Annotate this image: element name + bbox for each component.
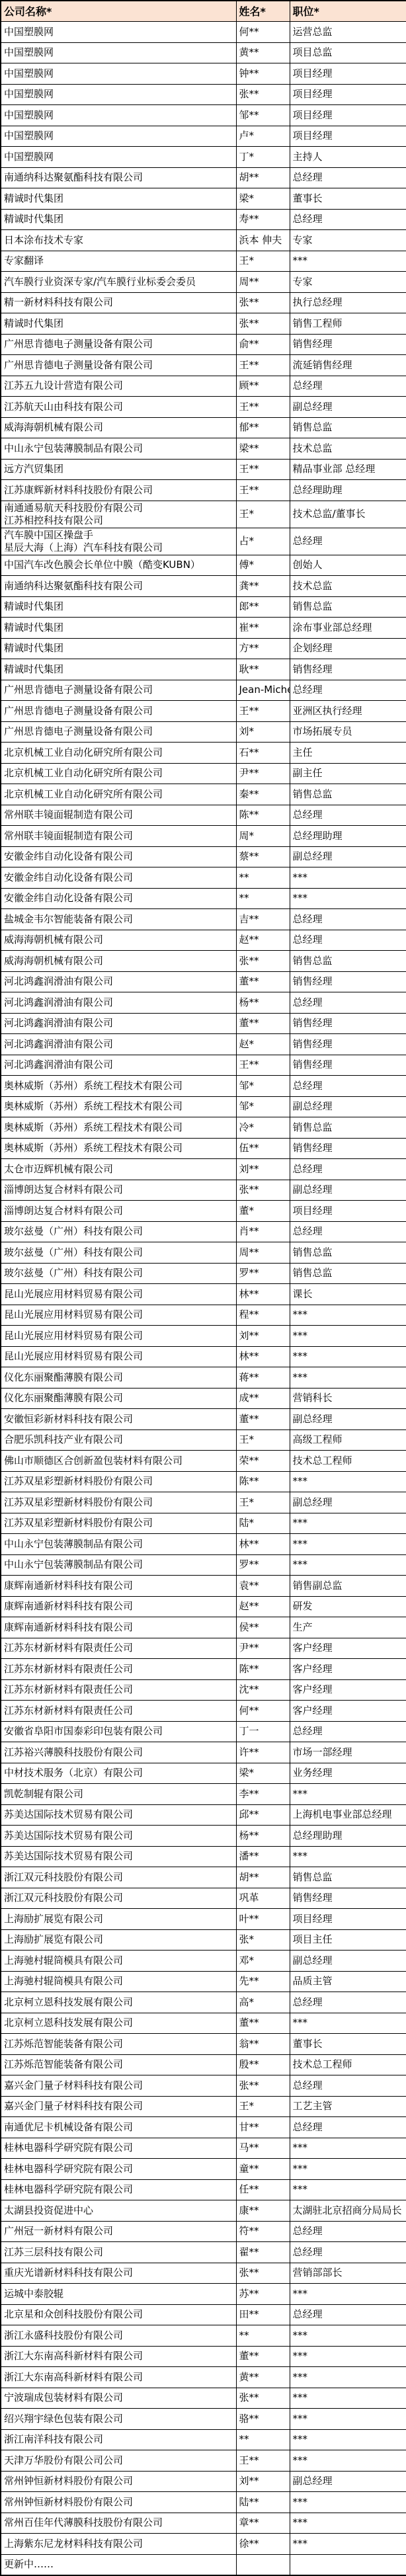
table-row: 太仓市迈辉机械有限公司刘**总经理: [1, 1159, 406, 1180]
name-cell: 梁*: [236, 188, 290, 210]
table-row: 上海紫东尼龙材料科技有限公司徐*****: [1, 2534, 406, 2555]
table-row: 北京机械工业自动化研究所有限公司秦**销售总监: [1, 784, 406, 805]
name-cell: 王*: [236, 1492, 290, 1513]
table-row: 广州思肯德电子测量设备有限公司王**亚洲区执行经理: [1, 701, 406, 722]
title-cell: 销售总监: [290, 951, 406, 972]
name-cell: 赵*: [236, 1034, 290, 1055]
title-cell: 业务经理: [290, 1763, 406, 1784]
title-cell: 总经理: [290, 680, 406, 701]
table-row: 中国塑膜网丁*主持人: [1, 147, 406, 168]
table-row: 仪化东丽聚酯薄膜有限公司成**营销科长: [1, 1388, 406, 1409]
table-row: 佛山市顺德区合创新盈包装材料有限公司荣**技术总工程师: [1, 1451, 406, 1472]
company-cell: 精诚时代集团: [1, 638, 236, 659]
name-cell: 甘**: [236, 2117, 290, 2138]
title-cell: 主持人: [290, 147, 406, 168]
company-cell: 精诚时代集团: [1, 313, 236, 335]
table-row: 浙江南洋科技有限公司*****: [1, 2429, 406, 2450]
title-cell: 销售经理: [290, 1013, 406, 1034]
title-cell: ***: [290, 2409, 406, 2430]
table-row: 上海励扩展览有限公司叶**项目经理: [1, 1909, 406, 1930]
table-row: 淄博朗达复合材料有限公司张**副总经理: [1, 1180, 406, 1201]
title-cell: 项目主任: [290, 1929, 406, 1951]
title-cell: 课长: [290, 1284, 406, 1305]
table-row: 中国塑膜网张**项目经理: [1, 84, 406, 105]
name-cell: 邹**: [236, 105, 290, 126]
name-cell: 郁**: [236, 417, 290, 438]
name-cell: 陈**: [236, 1659, 290, 1680]
name-cell: 潘**: [236, 1846, 290, 1867]
name-cell: 张*: [236, 1929, 290, 1951]
title-cell: ***: [290, 2388, 406, 2409]
company-cell: 盐城金韦尔智能装备有限公司: [1, 909, 236, 930]
company-cell: 奥林威斯（苏州）系统工程技术有限公司: [1, 1138, 236, 1159]
table-row: 中山永宁包装薄膜制品有限公司梁**技术总监: [1, 438, 406, 460]
title-cell: 技术总监/董事长: [290, 501, 406, 528]
title-cell: ***: [290, 1513, 406, 1534]
title-cell: ***: [290, 1346, 406, 1367]
name-cell: 王*: [236, 1429, 290, 1451]
name-cell: 胡**: [236, 1867, 290, 1888]
name-cell: 浜本 伸夫: [236, 230, 290, 251]
name-cell: 龚**: [236, 576, 290, 597]
company-cell: 江苏双星彩塑新材料股份有限公司: [1, 1471, 236, 1492]
name-cell: 刘**: [236, 2471, 290, 2492]
name-cell: 赵**: [236, 930, 290, 951]
table-row: 盐城金韦尔智能装备有限公司吉**总经理: [1, 909, 406, 930]
name-cell: 胡**: [236, 167, 290, 188]
name-cell: [236, 2554, 290, 2575]
company-cell: 上海紫东尼龙材料科技有限公司: [1, 2534, 236, 2555]
name-cell: 顾**: [236, 376, 290, 397]
table-row: 精诚时代集团方**企划经理: [1, 638, 406, 659]
title-cell: 副总经理: [290, 1180, 406, 1201]
company-cell: 广州思肯德电子测量设备有限公司: [1, 721, 236, 743]
company-cell: 河北鸿鑫润滑油有限公司: [1, 1055, 236, 1076]
company-cell: 常州钟恒新材料股份有限公司: [1, 2471, 236, 2492]
name-cell: 伍**: [236, 1138, 290, 1159]
company-cell: 中国塑膜网: [1, 42, 236, 63]
name-cell: 周*: [236, 826, 290, 847]
title-cell: ***: [290, 1784, 406, 1805]
company-cell: 南通纳科达聚氨酯科技有限公司: [1, 167, 236, 188]
name-cell: 成**: [236, 1388, 290, 1409]
company-cell: 江苏烁范智能装备有限公司: [1, 2034, 236, 2055]
company-cell: 重庆光谱新材料科技有限公司: [1, 2263, 236, 2284]
name-cell: **: [236, 2325, 290, 2347]
table-row: 奥林威斯（苏州）系统工程技术有限公司邹*总经理: [1, 1076, 406, 1097]
company-cell: 上海励扩展览有限公司: [1, 1909, 236, 1930]
company-cell: 广州思肯德电子测量设备有限公司: [1, 680, 236, 701]
name-cell: 马**: [236, 2138, 290, 2159]
header-row: 公司名称* 姓名* 职位*: [1, 1, 406, 22]
name-cell: 秦**: [236, 784, 290, 805]
table-row: 江苏东材新材料有限责任公司尹**客户经理: [1, 1638, 406, 1659]
table-row: 运城中泰胶辊苏*****: [1, 2284, 406, 2305]
company-cell: 江苏裕兴薄膜科技股份有限公司: [1, 1742, 236, 1763]
title-cell: 总经理: [290, 2242, 406, 2263]
table-row: 南通通易航天科技股份有限公司 江苏相控科技有限公司王*技术总监/董事长: [1, 501, 406, 528]
title-cell: 总经理助理: [290, 826, 406, 847]
title-cell: 销售经理: [290, 659, 406, 680]
table-row: 中国塑膜网钟**项目经理: [1, 63, 406, 85]
company-cell: 绍兴翔宇绿色包装有限公司: [1, 2409, 236, 2430]
title-cell: 精品事业部 总经理: [290, 459, 406, 480]
name-cell: 徐**: [236, 2534, 290, 2555]
company-cell: 常州钟恒新材料股份有限公司: [1, 2492, 236, 2513]
name-cell: 董**: [236, 2346, 290, 2367]
table-row: 太湖县投资促进中心康**太湖驻北京招商分局局长: [1, 2200, 406, 2222]
company-cell: 运城中泰胶辊: [1, 2284, 236, 2305]
table-row: 远方汽贸集团王**精品事业部 总经理: [1, 459, 406, 480]
company-cell: 日本涂布技术专家: [1, 230, 236, 251]
title-cell: ***: [290, 2492, 406, 2513]
name-cell: 童**: [236, 2159, 290, 2180]
title-cell: 专家: [290, 272, 406, 293]
company-cell: 汽车膜中国区操盘手 星辰大海（上海）汽车科技有限公司: [1, 528, 236, 555]
title-cell: 客户经理: [290, 1638, 406, 1659]
name-cell: 崔**: [236, 618, 290, 639]
table-row: 北京机械工业自动化研究所有限公司石**主任: [1, 743, 406, 764]
company-cell: 江苏三层科技有限公司: [1, 2242, 236, 2263]
title-cell: 销售总监: [290, 1117, 406, 1139]
title-cell: 总经理: [290, 528, 406, 555]
title-cell: 研发: [290, 1596, 406, 1617]
name-cell: 傅*: [236, 555, 290, 576]
name-cell: 王**: [236, 480, 290, 501]
table-row: 江苏东材新材料有限责任公司陈**客户经理: [1, 1659, 406, 1680]
title-cell: ***: [290, 1846, 406, 1867]
title-cell: ***: [290, 2325, 406, 2347]
title-cell: ***: [290, 2429, 406, 2450]
title-cell: 营销科长: [290, 1388, 406, 1409]
table-row: 精诚时代集团张**销售工程师: [1, 313, 406, 335]
table-row: 江苏东材新材料有限责任公司沈**客户经理: [1, 1679, 406, 1701]
company-cell: 常州百佳年代薄膜科技股份有限公司: [1, 2513, 236, 2534]
name-cell: 张**: [236, 2388, 290, 2409]
title-cell: ***: [290, 1534, 406, 1555]
title-cell: 技术总工程师: [290, 1451, 406, 1472]
name-cell: 张**: [236, 1180, 290, 1201]
company-cell: 精诚时代集团: [1, 618, 236, 639]
title-cell: 销售经理: [290, 1888, 406, 1909]
name-cell: 蔡**: [236, 846, 290, 867]
title-cell: 项目经理: [290, 126, 406, 147]
company-cell: 北京机械工业自动化研究所有限公司: [1, 784, 236, 805]
title-cell: 品质主管: [290, 1971, 406, 1992]
company-cell: 江苏五九设计营造有限公司: [1, 376, 236, 397]
company-cell: 南通纳科达聚氨酯科技有限公司: [1, 576, 236, 597]
company-cell: 广州冠一新材料有限公司: [1, 2221, 236, 2242]
company-cell: 仪化东丽聚酯薄膜有限公司: [1, 1367, 236, 1389]
table-row: 河北鸿鑫润滑油有限公司董**销售经理: [1, 971, 406, 992]
company-cell: 精诚时代集团: [1, 209, 236, 230]
title-cell: 销售经理: [290, 1034, 406, 1055]
title-cell: 销售总监: [290, 1263, 406, 1284]
company-cell: 奥林威斯（苏州）系统工程技术有限公司: [1, 1076, 236, 1097]
name-cell: 董*: [236, 1201, 290, 1222]
table-row: 中国塑膜网黄**项目总监: [1, 42, 406, 63]
name-cell: 耿**: [236, 659, 290, 680]
table-row: 桂林电器科学研究院有限公司马*****: [1, 2138, 406, 2159]
company-cell: 玻尔兹曼（广州）科技有限公司: [1, 1263, 236, 1284]
name-cell: 吉**: [236, 909, 290, 930]
company-cell: 苏美达国际技术贸易有限公司: [1, 1846, 236, 1867]
table-row: 浙江大东南高科新材料有限公司黄*****: [1, 2367, 406, 2388]
name-cell: 张**: [236, 313, 290, 335]
company-cell: 浙江双元科技股份有限公司: [1, 1888, 236, 1909]
name-cell: 罗**: [236, 1263, 290, 1284]
name-cell: 王**: [236, 701, 290, 722]
company-cell: 河北鸿鑫润滑油有限公司: [1, 971, 236, 992]
company-cell: 中山永宁包装薄膜制品有限公司: [1, 1534, 236, 1555]
title-cell: 项目经理: [290, 1909, 406, 1930]
name-cell: 周**: [236, 1242, 290, 1264]
company-cell: 太湖县投资促进中心: [1, 2200, 236, 2222]
name-cell: 张**: [236, 292, 290, 313]
name-cell: 邓*: [236, 1951, 290, 1972]
table-row: 汽车膜中国区操盘手 星辰大海（上海）汽车科技有限公司占*总经理: [1, 528, 406, 555]
table-row: 广州思肯德电子测量设备有限公司Jean-Michel总经理: [1, 680, 406, 701]
table-row: 日本涂布技术专家浜本 伸夫专家: [1, 230, 406, 251]
table-row: 昆山光展应用材料贸易有限公司林**课长: [1, 1284, 406, 1305]
name-cell: 张**: [236, 951, 290, 972]
table-row: 北京柯立恩科技发展有限公司董*****: [1, 2013, 406, 2034]
name-cell: 方**: [236, 638, 290, 659]
name-cell: 章**: [236, 2513, 290, 2534]
title-cell: 销售经理: [290, 1138, 406, 1159]
name-cell: 郎**: [236, 596, 290, 618]
table-row: 嘉兴金门量子材料科技有限公司张**总经理: [1, 2075, 406, 2097]
name-cell: 杨**: [236, 992, 290, 1014]
company-cell: 汽车膜行业资深专家/汽车膜行业标委会委员: [1, 272, 236, 293]
name-cell: 尹**: [236, 1638, 290, 1659]
company-cell: 安徽省阜阳市国泰彩印包装有限公司: [1, 1721, 236, 1742]
table-row: 浙江大东南高科新材料有限公司董*****: [1, 2346, 406, 2367]
table-row: 南通优尼卡机械设备有限公司甘**总经理: [1, 2117, 406, 2138]
company-cell: 常州联丰镜面辊制造有限公司: [1, 826, 236, 847]
name-cell: 王*: [236, 501, 290, 528]
company-cell: 广州思肯德电子测量设备有限公司: [1, 355, 236, 376]
table-row: 宁波瑞成包装材料有限公司张*****: [1, 2388, 406, 2409]
table-row: 合肥乐凯科技产业有限公司王*高级工程师: [1, 1429, 406, 1451]
title-cell: 太湖驻北京招商分局局长: [290, 2200, 406, 2222]
title-cell: 销售经理: [290, 1055, 406, 1076]
table-row: 上海驰村辊筒模具有限公司邓*副总经理: [1, 1951, 406, 1972]
name-cell: 王*: [236, 2096, 290, 2117]
company-cell: 昆山光展应用材料贸易有限公司: [1, 1305, 236, 1326]
title-cell: 总经理: [290, 2221, 406, 2242]
table-row: 嘉兴金门量子材料科技有限公司王*工艺主管: [1, 2096, 406, 2117]
company-cell: 河北鸿鑫润滑油有限公司: [1, 1013, 236, 1034]
table-row: 汽车膜行业资深专家/汽车膜行业标委会委员周**专家: [1, 272, 406, 293]
name-cell: 张**: [236, 2075, 290, 2097]
company-cell: 精诚时代集团: [1, 188, 236, 210]
table-row: 南通纳科达聚氨酯科技有限公司胡**总经理: [1, 167, 406, 188]
table-row: 浙江双元科技股份有限公司胡**销售总监: [1, 1867, 406, 1888]
title-cell: 营销部部长: [290, 2263, 406, 2284]
name-cell: 荣**: [236, 1451, 290, 1472]
company-cell: 精诚时代集团: [1, 659, 236, 680]
title-cell: 总经理: [290, 209, 406, 230]
table-row: 更新中……: [1, 2554, 406, 2575]
company-cell: 浙江大东南高科新材料有限公司: [1, 2346, 236, 2367]
name-cell: 董**: [236, 2013, 290, 2034]
name-cell: 罗**: [236, 1554, 290, 1576]
title-cell: 亚洲区执行经理: [290, 701, 406, 722]
title-cell: ***: [290, 2367, 406, 2388]
table-row: 淄博朗达复合材料有限公司董*项目经理: [1, 1201, 406, 1222]
table-row: 常州钟恒新材料股份有限公司刘**副总经理: [1, 2471, 406, 2492]
table-row: 天津万华股份有限公司公司王*****: [1, 2450, 406, 2472]
title-cell: 副总经理: [290, 1409, 406, 1430]
name-cell: 何**: [236, 1701, 290, 1722]
title-cell: 销售经理: [290, 334, 406, 355]
name-cell: 卢*: [236, 126, 290, 147]
name-cell: 翟**: [236, 2242, 290, 2263]
title-cell: 专家: [290, 230, 406, 251]
table-row: 北京星和众创科技股份有限公司田**总经理: [1, 2304, 406, 2325]
title-cell: 高级工程师: [290, 1429, 406, 1451]
title-cell: 副总经理: [290, 846, 406, 867]
company-cell: 精诚时代集团: [1, 596, 236, 618]
company-cell: 江苏东材新材料有限责任公司: [1, 1638, 236, 1659]
title-cell: 客户经理: [290, 1701, 406, 1722]
company-cell: 江苏烁范智能装备有限公司: [1, 2054, 236, 2075]
table-row: 精诚时代集团梁*董事长: [1, 188, 406, 210]
company-cell: 奥林威斯（苏州）系统工程技术有限公司: [1, 1117, 236, 1139]
company-cell: 北京星和众创科技股份有限公司: [1, 2304, 236, 2325]
company-cell: 江苏康辉新材料科技股份有限公司: [1, 480, 236, 501]
company-cell: 上海驰村辊筒模具有限公司: [1, 1971, 236, 1992]
title-cell: 项目经理: [290, 84, 406, 105]
table-row: 康辉南通新材料科技有限公司侯**生产: [1, 1617, 406, 1638]
title-cell: 总经理: [290, 1159, 406, 1180]
name-cell: 俞**: [236, 334, 290, 355]
name-cell: 黄**: [236, 42, 290, 63]
table-row: 江苏航天山由科技有限公司王**副总经理: [1, 397, 406, 418]
company-cell: 安徽金纬自动化设备有限公司: [1, 888, 236, 909]
company-cell: 昆山光展应用材料贸易有限公司: [1, 1284, 236, 1305]
table-row: 河北鸿鑫润滑油有限公司赵*销售经理: [1, 1034, 406, 1055]
table-row: 精一新材料科技有限公司张**执行总经理: [1, 292, 406, 313]
title-cell: 销售总监: [290, 784, 406, 805]
table-row: 江苏东材新材料有限责任公司何**客户经理: [1, 1701, 406, 1722]
company-cell: 浙江永盛科技股份有限公司: [1, 2325, 236, 2347]
attendee-table-body: 中国塑膜网何**运营总监中国塑膜网黄**项目总监中国塑膜网钟**项目经理中国塑膜…: [1, 22, 406, 2576]
title-cell: 总经理助理: [290, 480, 406, 501]
company-cell: 中国塑膜网: [1, 22, 236, 43]
header-company: 公司名称*: [1, 1, 236, 22]
title-cell: 副总经理: [290, 1096, 406, 1117]
table-row: 中山永宁包装薄膜制品有限公司罗*****: [1, 1554, 406, 1576]
name-cell: 周**: [236, 272, 290, 293]
table-row: 北京机械工业自动化研究所有限公司尹**副主任: [1, 763, 406, 784]
table-row: 中国汽车改色膜会长单位中膜（酷变KUBN）傅*创始人: [1, 555, 406, 576]
title-cell: 总经理: [290, 1992, 406, 2013]
table-row: 广州思肯德电子测量设备有限公司王**流延销售经理: [1, 355, 406, 376]
company-cell: 仪化东丽聚酯薄膜有限公司: [1, 1388, 236, 1409]
company-cell: 更新中……: [1, 2554, 236, 2575]
name-cell: 殷**: [236, 2054, 290, 2075]
title-cell: 主任: [290, 743, 406, 764]
company-cell: 中国塑膜网: [1, 84, 236, 105]
company-cell: 中山永宁包装薄膜制品有限公司: [1, 438, 236, 460]
table-row: 昆山光展应用材料贸易有限公司林*****: [1, 1346, 406, 1367]
company-cell: 凯乾制辊有限公司: [1, 1784, 236, 1805]
title-cell: 总经理: [290, 167, 406, 188]
title-cell: 市场一部经理: [290, 1742, 406, 1763]
table-row: 安徽省阜阳市国泰彩印包装有限公司丁一总经理: [1, 1721, 406, 1742]
company-cell: 合肥乐凯科技产业有限公司: [1, 1429, 236, 1451]
title-cell: 项目经理: [290, 63, 406, 85]
table-row: 安徽金纬自动化设备有限公司*****: [1, 867, 406, 889]
title-cell: 涂布事业部总经理: [290, 618, 406, 639]
table-row: 广州思肯德电子测量设备有限公司俞**销售经理: [1, 334, 406, 355]
name-cell: 叶**: [236, 1909, 290, 1930]
title-cell: ***: [290, 888, 406, 909]
company-cell: 太仓市迈辉机械有限公司: [1, 1159, 236, 1180]
company-cell: 桂林电器科学研究院有限公司: [1, 2159, 236, 2180]
title-cell: 销售总监: [290, 1242, 406, 1264]
title-cell: ***: [290, 867, 406, 889]
table-row: 江苏双星彩塑新材料股份有限公司王*副总经理: [1, 1492, 406, 1513]
name-cell: **: [236, 2429, 290, 2450]
company-cell: 广州思肯德电子测量设备有限公司: [1, 334, 236, 355]
name-cell: 冷*: [236, 1117, 290, 1139]
company-cell: 浙江双元科技股份有限公司: [1, 1867, 236, 1888]
title-cell: 副总经理: [290, 397, 406, 418]
title-cell: 总经理: [290, 2117, 406, 2138]
name-cell: 林**: [236, 1346, 290, 1367]
title-cell: ***: [290, 2159, 406, 2180]
name-cell: 王**: [236, 1055, 290, 1076]
title-cell: 执行总经理: [290, 292, 406, 313]
table-row: 江苏五九设计营造有限公司顾**总经理: [1, 376, 406, 397]
title-cell: 总经理: [290, 1076, 406, 1097]
company-cell: 南通通易航天科技股份有限公司 江苏相控科技有限公司: [1, 501, 236, 528]
table-row: 玻尔兹曼（广州）科技有限公司周**销售总监: [1, 1242, 406, 1264]
name-cell: 黄**: [236, 2367, 290, 2388]
table-row: 江苏烁范智能装备有限公司翁**董事长: [1, 2034, 406, 2055]
name-cell: 邱**: [236, 1804, 290, 1826]
table-row: 江苏三层科技有限公司翟**总经理: [1, 2242, 406, 2263]
name-cell: 陆**: [236, 2492, 290, 2513]
name-cell: 陆*: [236, 1513, 290, 1534]
title-cell: 销售经理: [290, 971, 406, 992]
table-row: 江苏双星彩塑新材料股份有限公司陆****: [1, 1513, 406, 1534]
title-cell: 副总经理: [290, 2471, 406, 2492]
table-row: 桂林电器科学研究院有限公司任*****: [1, 2179, 406, 2200]
table-row: 威海海朝机械有限公司赵**总经理: [1, 930, 406, 951]
title-cell: ***: [290, 1305, 406, 1326]
company-cell: 威海海朝机械有限公司: [1, 930, 236, 951]
title-cell: 创始人: [290, 555, 406, 576]
name-cell: Jean-Michel: [236, 680, 290, 701]
name-cell: 骆**: [236, 2409, 290, 2430]
company-cell: 江苏东材新材料有限责任公司: [1, 1659, 236, 1680]
table-row: 河北鸿鑫润滑油有限公司董**销售经理: [1, 1013, 406, 1034]
table-row: 苏美达国际技术贸易有限公司潘*****: [1, 1846, 406, 1867]
name-cell: 寿**: [236, 209, 290, 230]
company-cell: 苏美达国际技术贸易有限公司: [1, 1826, 236, 1847]
table-row: 河北鸿鑫润滑油有限公司王**销售经理: [1, 1055, 406, 1076]
name-cell: 高*: [236, 1992, 290, 2013]
title-cell: ***: [290, 2138, 406, 2159]
company-cell: 北京柯立恩科技发展有限公司: [1, 1992, 236, 2013]
table-row: 河北鸿鑫润滑油有限公司杨**总经理: [1, 992, 406, 1014]
title-cell: 项目经理: [290, 1201, 406, 1222]
title-cell: 工艺主管: [290, 2096, 406, 2117]
